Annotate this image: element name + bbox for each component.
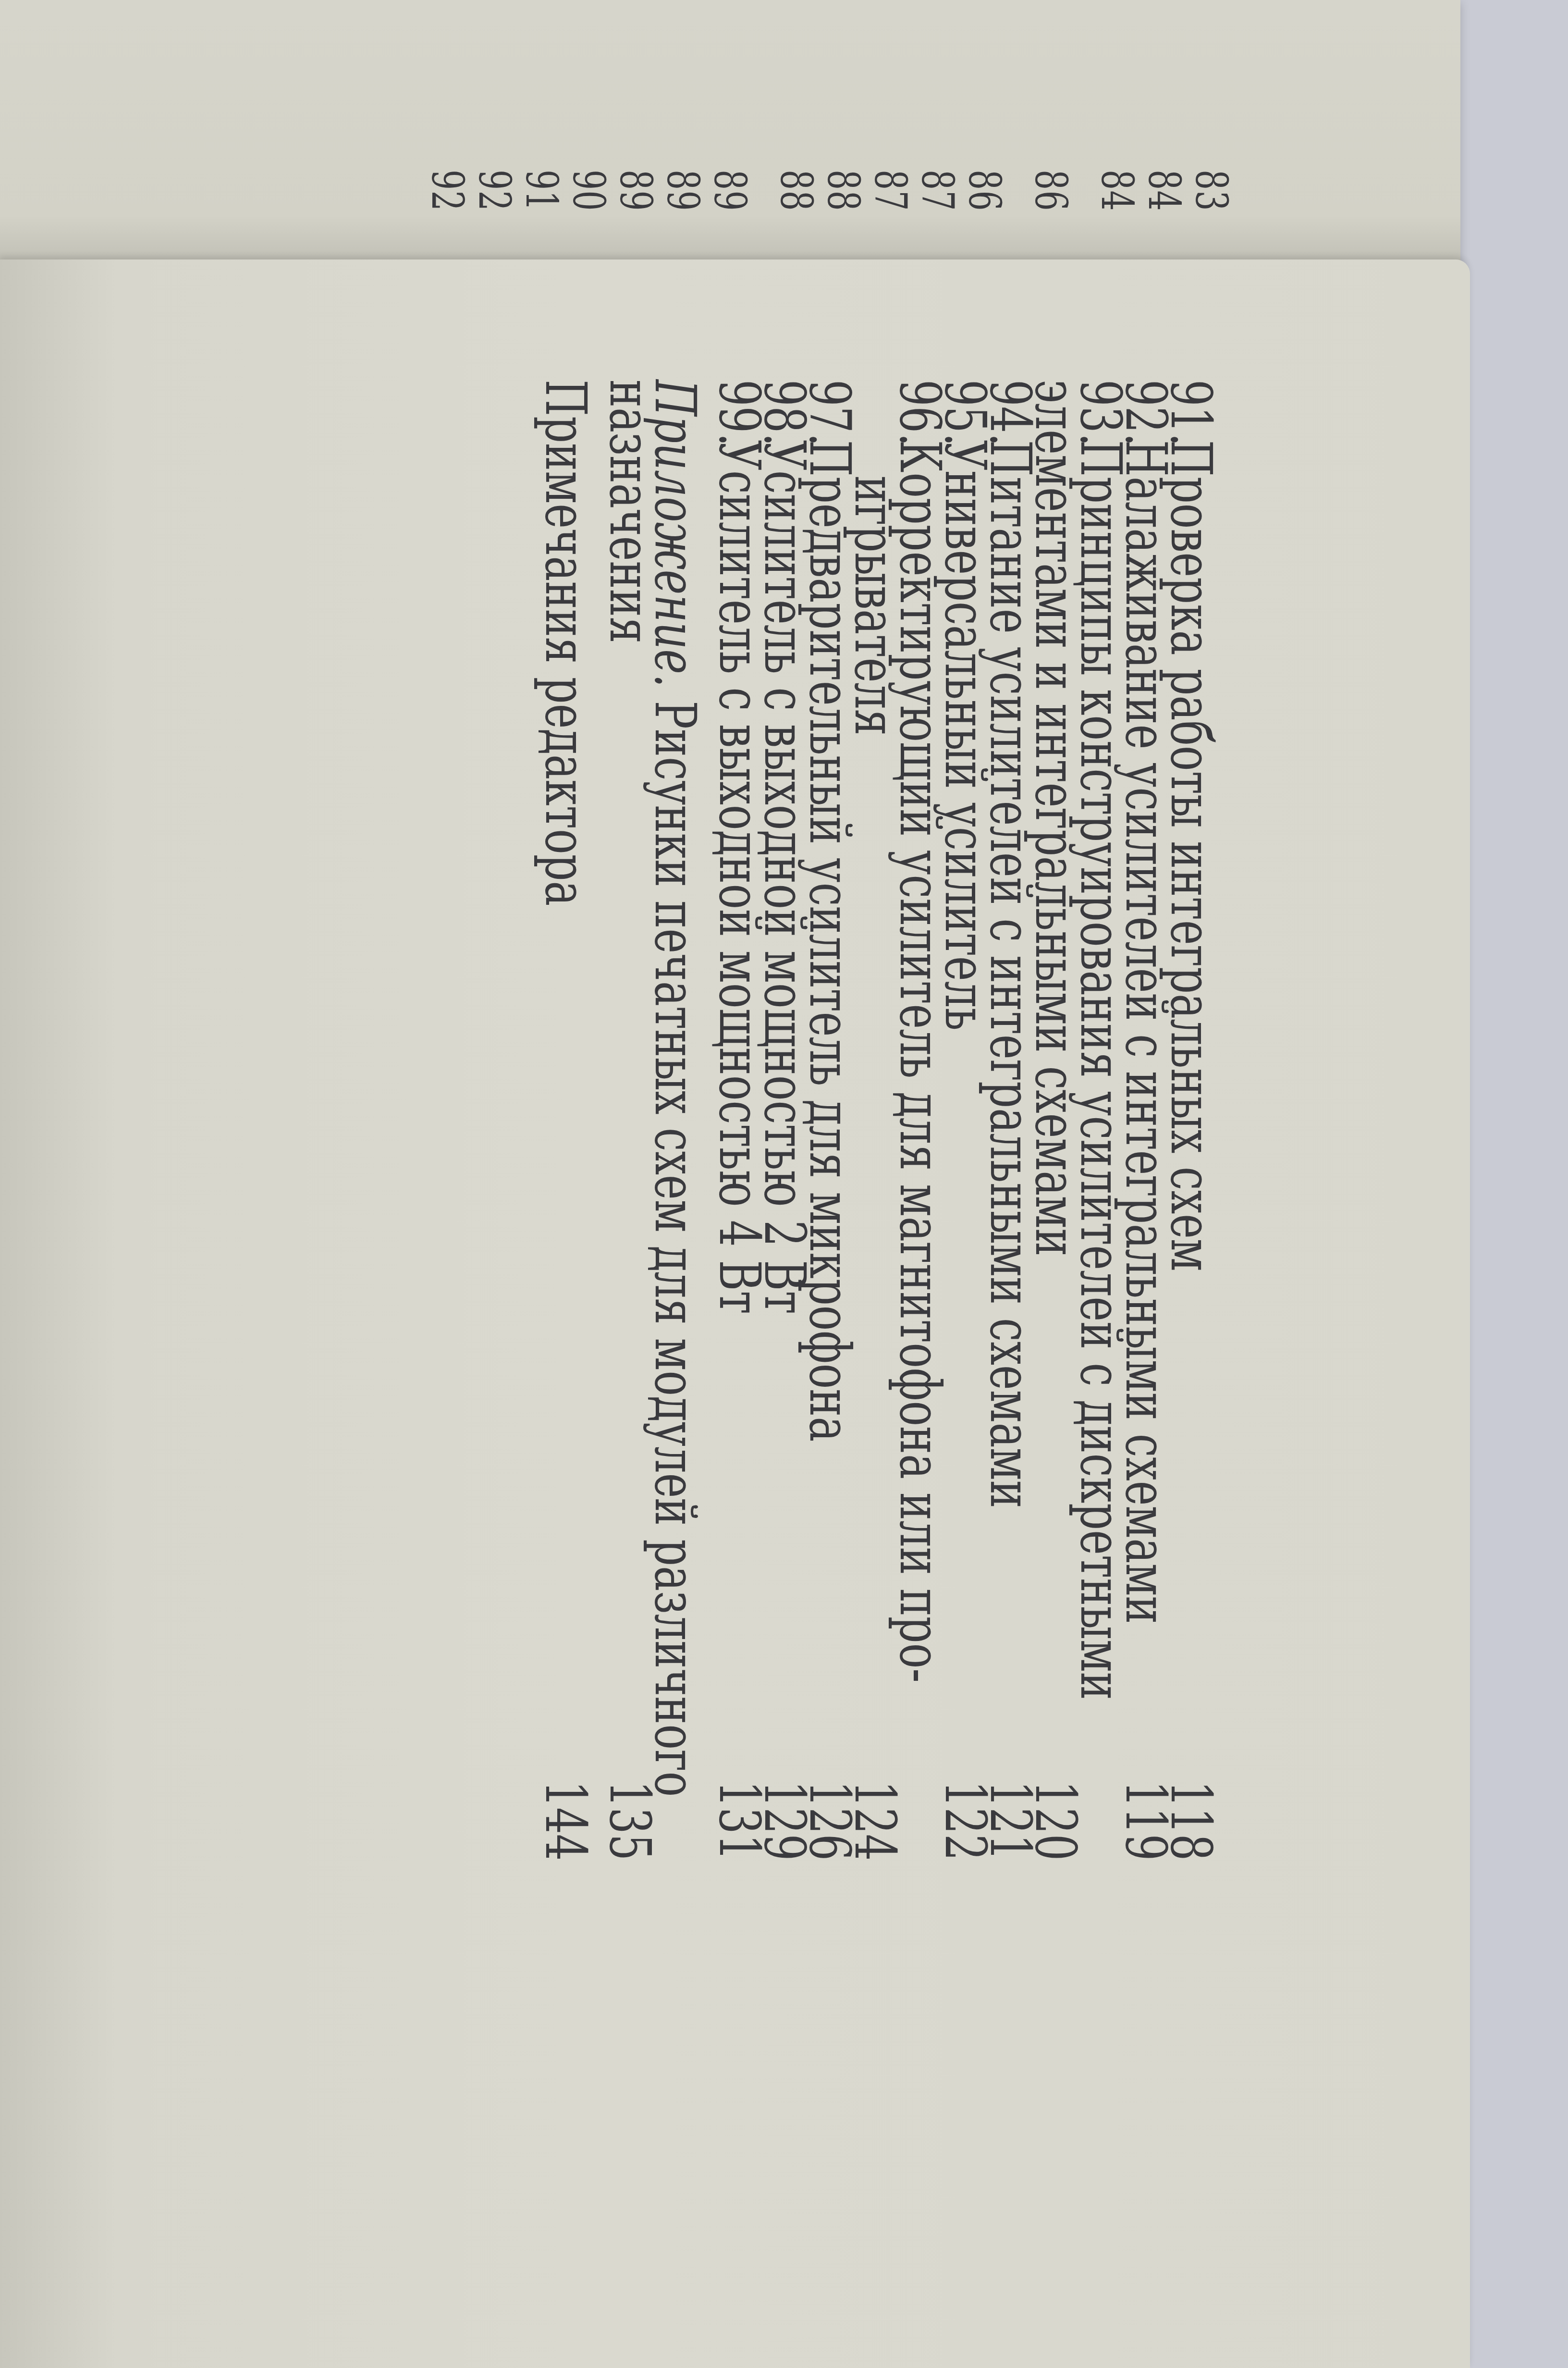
- page-number: 91: [518, 170, 565, 211]
- page-number: 89: [659, 170, 706, 211]
- page-number: 87: [867, 170, 914, 211]
- page-number: 89: [706, 170, 753, 211]
- left-page-content: 83 84 84 86 86 87 87 88 88 89 89 89 90 9…: [0, 0, 1460, 269]
- page-number: 90: [565, 170, 612, 211]
- page-number: 88: [820, 170, 867, 211]
- page-number: 89: [612, 170, 659, 211]
- page-number: 92: [471, 170, 518, 211]
- page-number: 87: [914, 170, 961, 211]
- page-number: 83: [1188, 170, 1235, 211]
- table-of-contents: 91. Проверка работы интегральных схем ..…: [521, 380, 1191, 1860]
- right-page-content: 91. Проверка работы интегральных схем ..…: [0, 259, 1470, 2368]
- page-number: 86: [961, 170, 1008, 211]
- page-number: 84: [1093, 170, 1140, 211]
- page-number: 84: [1140, 170, 1188, 211]
- page-number: 92: [424, 170, 471, 211]
- right-page: 91. Проверка работы интегральных схем ..…: [0, 259, 1470, 2368]
- page-number: 86: [1027, 170, 1074, 211]
- toc-editor-notes: Примечания редактора ...................…: [521, 380, 566, 1859]
- left-page: 83 84 84 86 86 87 87 88 88 89 89 89 90 9…: [0, 0, 1460, 269]
- page-number: 88: [772, 170, 820, 211]
- left-page-numbers: 83 84 84 86 86 87 87 88 88 89 89 89 90 9…: [424, 170, 1235, 211]
